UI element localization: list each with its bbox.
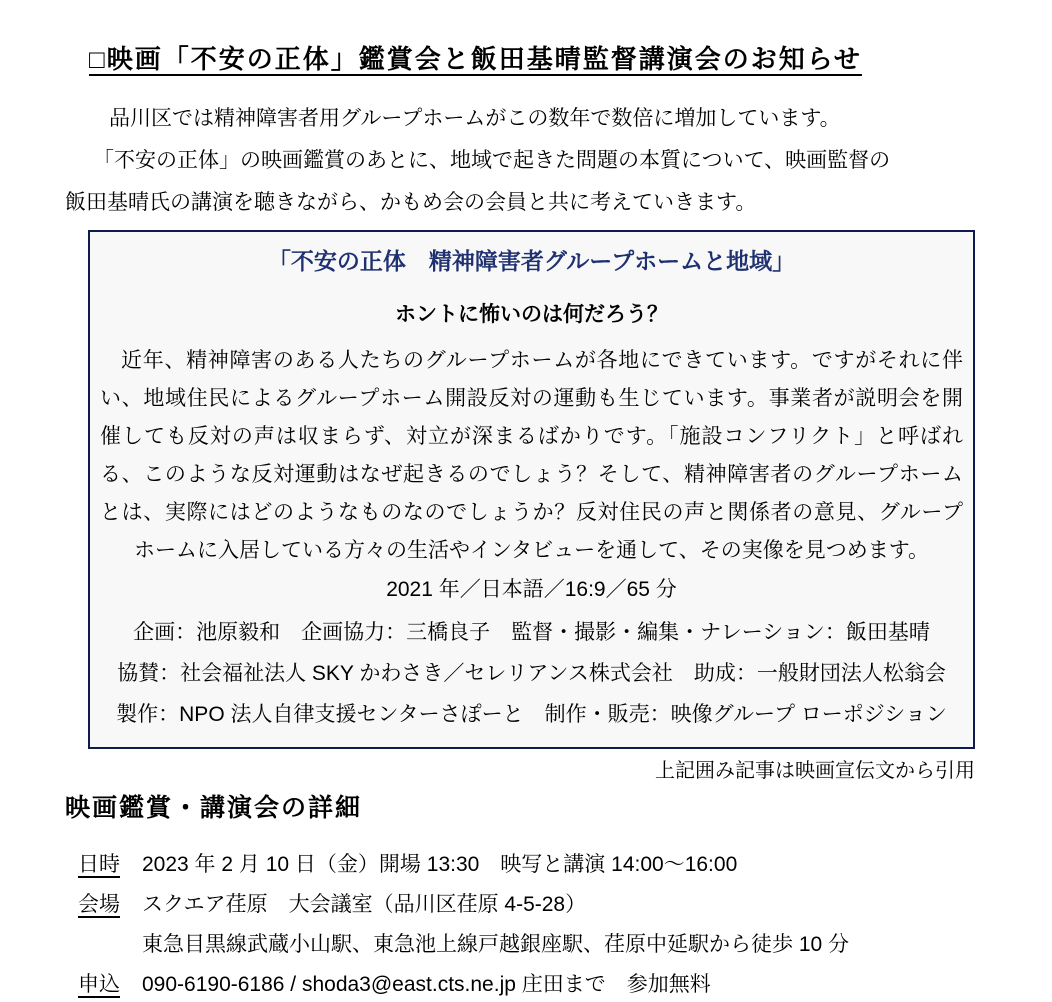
box-source-note: 上記囲み記事は映画宣伝文から引用: [65, 758, 975, 784]
movie-description-line: る、このような反対運動はなぜ起きるのでしょう？そして、精神障害者のグループホーム: [100, 456, 963, 494]
movie-tagline: ホントに怖いのは何だろう？: [100, 302, 963, 328]
detail-row-application: 申込 090-6190-6186 / shoda3@east.cts.ne.jp…: [78, 965, 975, 1002]
intro-line: 品川区では精神障害者用グループホームがこの数年で数倍に増加しています。: [65, 98, 975, 140]
movie-description-line: とは、実際にはどのようなものなのでしょうか？反対住民の声と関係者の意見、グループ: [100, 494, 963, 532]
detail-value-venue: スクエア荏原 大会議室（品川区荏原 4-5-28）: [142, 885, 849, 925]
movie-title: 「不安の正体 精神障害者グループホームと地域」: [100, 246, 963, 276]
movie-credits: 企画：池原毅和 企画協力：三橋良子 監督・撮影・編集・ナレーション：飯田基晴 協…: [100, 612, 963, 735]
intro-paragraphs: 品川区では精神障害者用グループホームがこの数年で数倍に増加しています。 「不安の…: [65, 98, 975, 224]
detail-value-datetime: 2023 年 2 月 10 日（金）開場 13:30 映写と講演 14:00～1…: [142, 845, 737, 885]
movie-specs: 2021 年／日本語／16:9／65 分: [100, 572, 963, 608]
movie-description-line: 催しても反対の声は収まらず、対立が深まるばかりです。「施設コンフリクト」と呼ばれ: [100, 418, 963, 456]
movie-credit-line: 協賛：社会福祉法人 SKY かわさき／セレリアンス株式会社 助成：一般財団法人松…: [100, 653, 963, 694]
movie-description: 近年、精神障害のある人たちのグループホームが各地にできています。ですがそれに伴 …: [100, 342, 963, 570]
details-heading: 映画鑑賞・講演会の詳細: [65, 792, 975, 824]
movie-description-line: 近年、精神障害のある人たちのグループホームが各地にできています。ですがそれに伴: [100, 342, 963, 380]
detail-label-datetime: 日時: [78, 845, 125, 885]
intro-line: 「不安の正体」の映画鑑賞のあとに、地域で起きた問題の本質について、映画監督の: [65, 140, 975, 182]
movie-description-line: い、地域住民によるグループホーム開設反対の運動も生じています。事業者が説明会を開: [100, 380, 963, 418]
movie-credit-line: 企画：池原毅和 企画協力：三橋良子 監督・撮影・編集・ナレーション：飯田基晴: [100, 612, 963, 653]
intro-line: 飯田基晴氏の講演を聴きながら、かもめ会の会員と共に考えていきます。: [65, 182, 975, 224]
detail-value-venue-access: 東急目黒線武蔵小山駅、東急池上線戸越銀座駅、荏原中延駅から徒歩 10 分: [142, 925, 849, 965]
flyer-page: □映画「不安の正体」鑑賞会と飯田基晴監督講演会のお知らせ 品川区では精神障害者用…: [0, 0, 1052, 1002]
detail-value-application: 090-6190-6186 / shoda3@east.cts.ne.jp 庄田…: [142, 965, 711, 1002]
detail-label-venue: 会場: [78, 885, 125, 925]
detail-row-datetime: 日時 2023 年 2 月 10 日（金）開場 13:30 映写と講演 14:0…: [78, 845, 975, 885]
movie-description-box: 「不安の正体 精神障害者グループホームと地域」 ホントに怖いのは何だろう？ 近年…: [88, 230, 975, 749]
detail-label-application: 申込: [78, 965, 125, 1002]
detail-row-venue: 会場 スクエア荏原 大会議室（品川区荏原 4-5-28） 東急目黒線武蔵小山駅、…: [78, 885, 975, 965]
event-details: 日時 2023 年 2 月 10 日（金）開場 13:30 映写と講演 14:0…: [78, 845, 975, 1002]
movie-description-line: ホームに入居している方々の生活やインタビューを通して、その実像を見つめます。: [100, 532, 963, 570]
page-title: □映画「不安の正体」鑑賞会と飯田基晴監督講演会のお知らせ: [89, 42, 975, 76]
movie-credit-line: 製作：NPO 法人自律支援センターさぽーと 制作・販売：映像グループ ローポジシ…: [100, 694, 963, 735]
